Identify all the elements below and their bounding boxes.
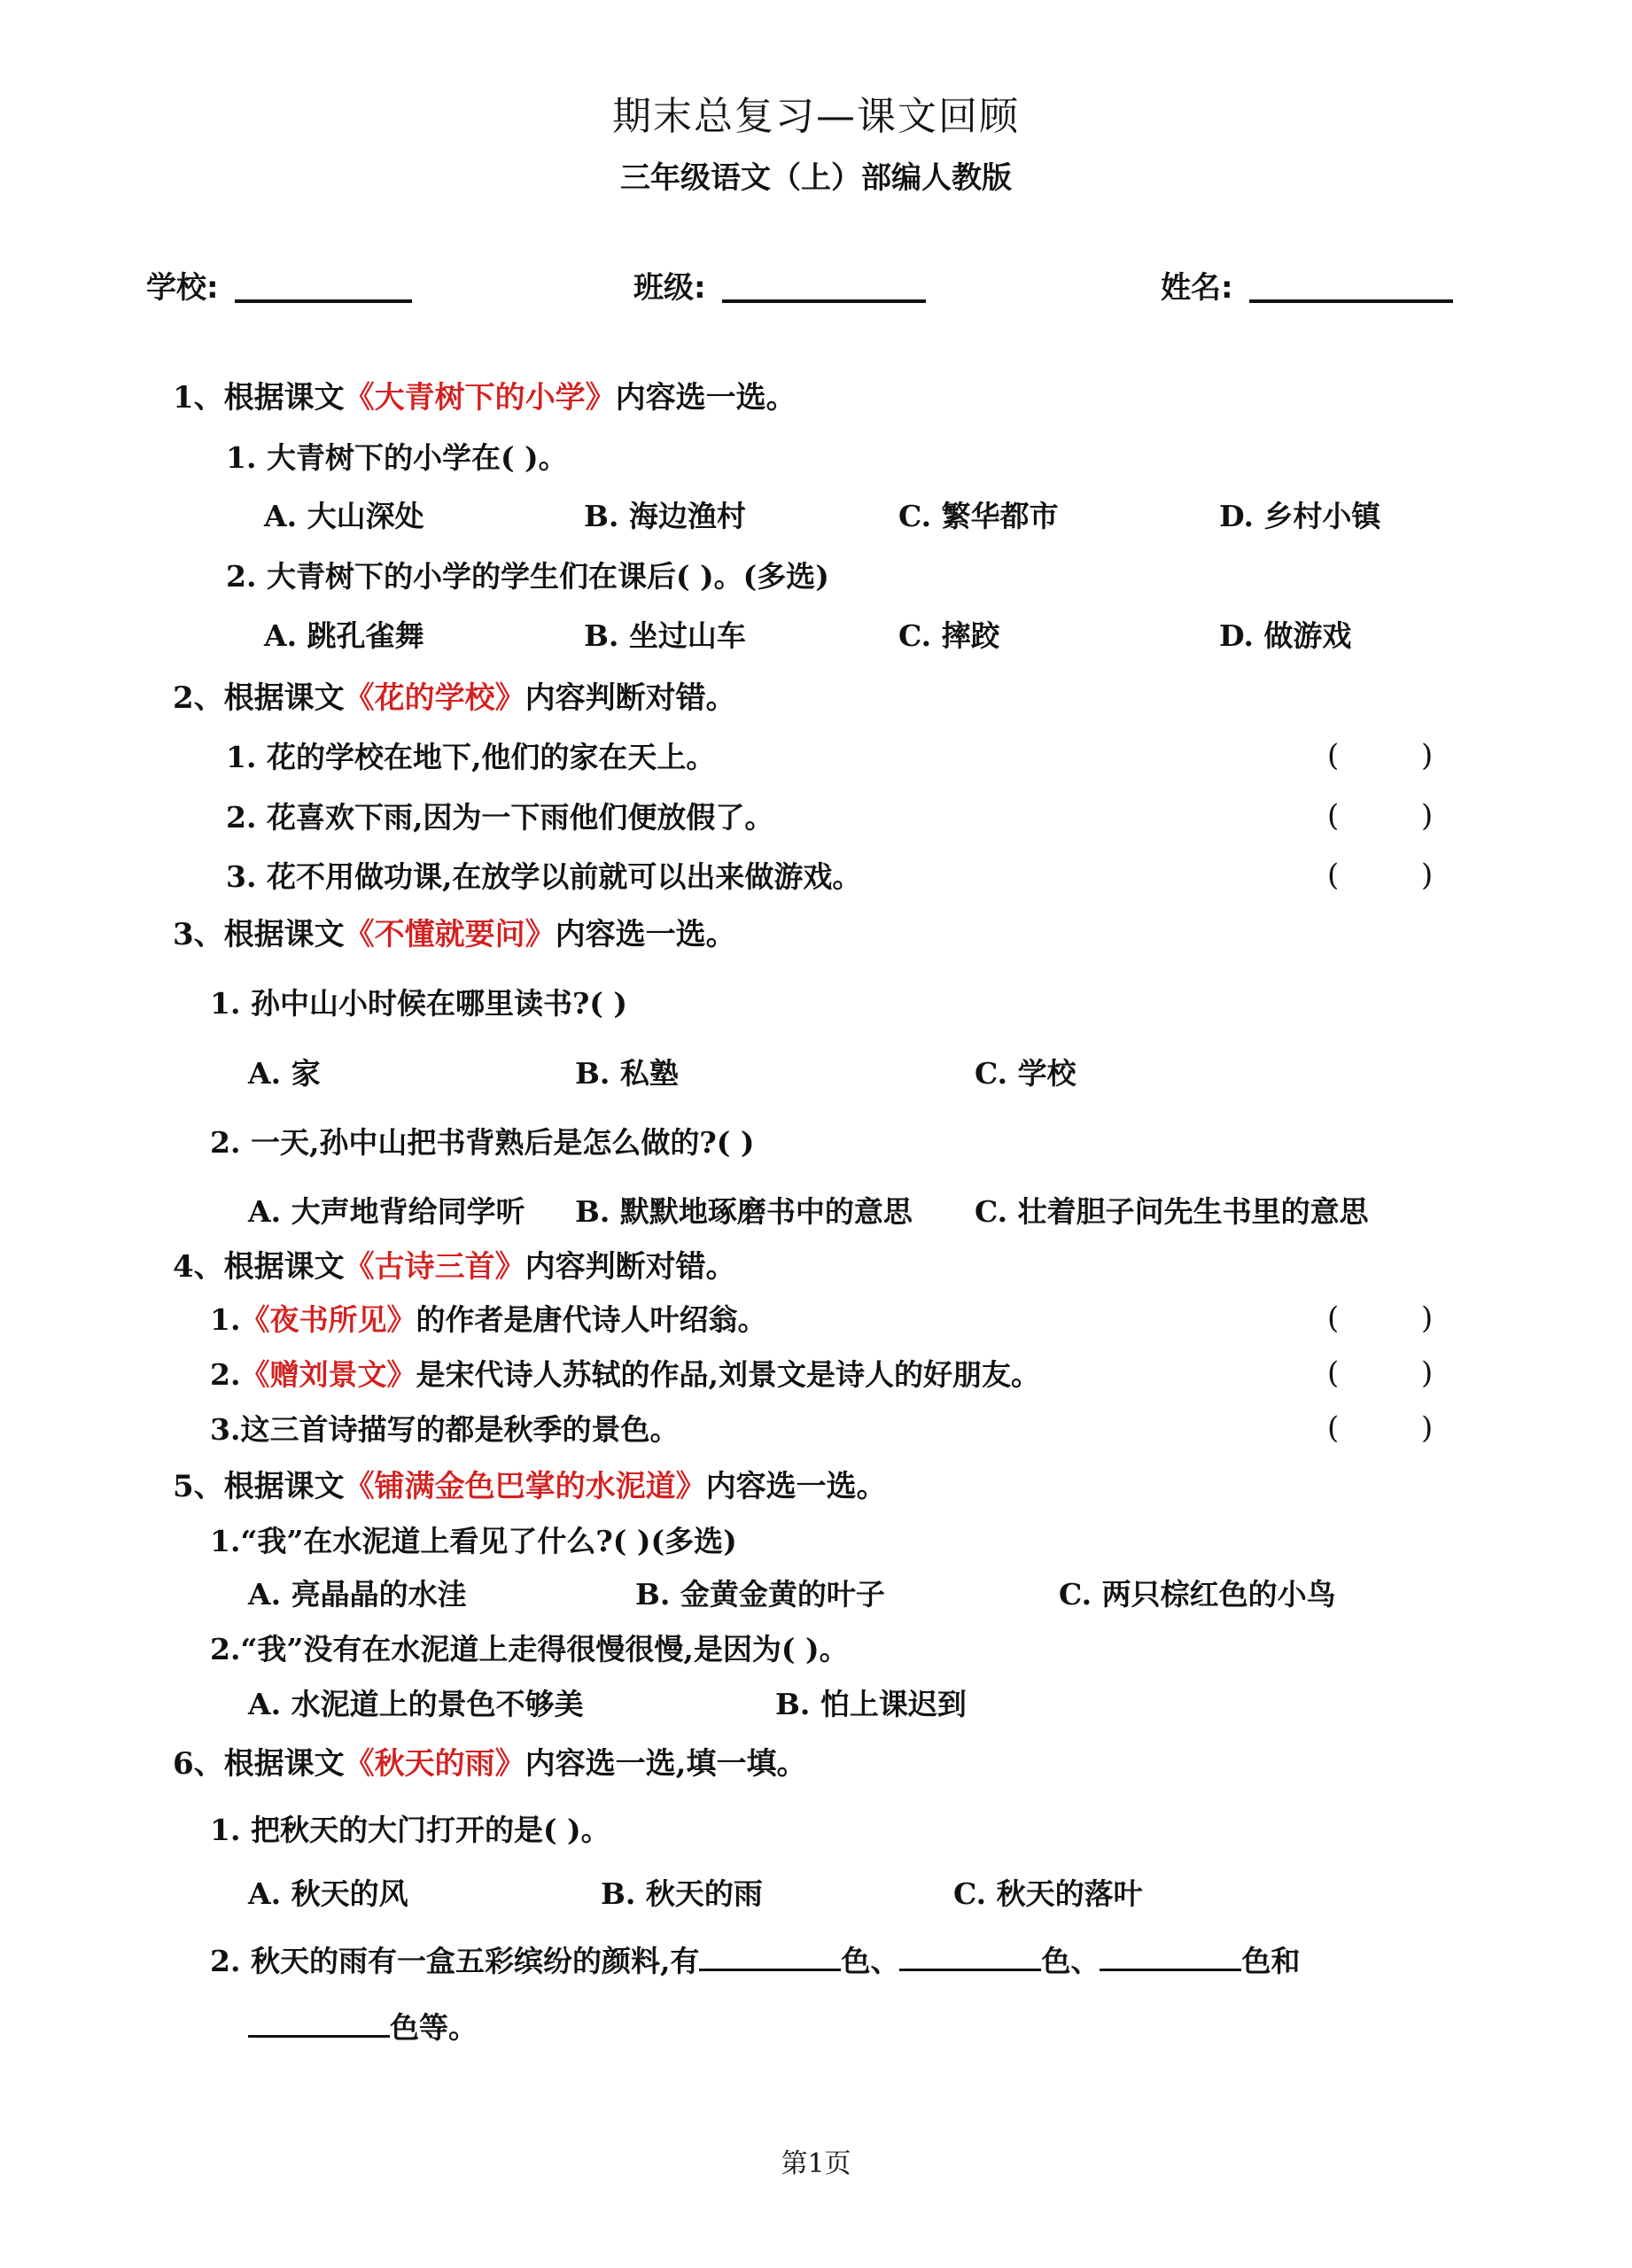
answer-paren-close[interactable]: ) (1421, 1358, 1433, 1388)
section-prefix: 根据课文 (224, 1746, 345, 1782)
answer-paren-close[interactable]: ) (1421, 860, 1433, 890)
item-text: 的作者是唐代诗人叶绍翁。 (416, 1302, 766, 1337)
item-number: 3. (210, 1412, 240, 1447)
poem-title: 《赠刘景文》 (240, 1357, 416, 1392)
answer-paren-close[interactable]: ) (1421, 1413, 1433, 1443)
option-b[interactable]: B. 秋天的雨 (601, 1879, 763, 1908)
section-4-heading: 4、根据课文《古诗三首》内容判断对错。 (173, 1252, 736, 1282)
question-text: 2. 一天,孙中山把书背熟后是怎么做的?( ) (210, 1128, 754, 1157)
fill-suffix: 色、 (841, 1944, 899, 1978)
fill-suffix: 色和 (1241, 1944, 1300, 1978)
option-a[interactable]: A. 大声地背给同学听 (248, 1197, 525, 1226)
section-instruction: 内容选一选。 (706, 1469, 887, 1504)
option-c[interactable]: C. 壮着胆子问先生书里的意思 (975, 1197, 1369, 1226)
page-subtitle: 三年级语文（上）部编人教版 (0, 163, 1632, 193)
name-label: 姓名: (1161, 273, 1233, 303)
class-field: 班级: (633, 273, 926, 303)
lesson-title: 《秋天的雨》 (345, 1746, 525, 1782)
section-prefix: 根据课文 (224, 680, 345, 716)
section-number: 6、 (173, 1746, 224, 1782)
lesson-title: 《铺满金色巴掌的水泥道》 (345, 1469, 706, 1504)
lesson-title: 《古诗三首》 (345, 1249, 525, 1285)
fill-in-question: 2. 秋天的雨有一盒五彩缤纷的颜料,有色、色、色和 (210, 1944, 1300, 1976)
question-text: 1. 大青树下的小学在( )。 (226, 443, 568, 472)
section-prefix: 根据课文 (224, 380, 345, 416)
option-a[interactable]: A. 水泥道上的景色不够美 (248, 1689, 584, 1719)
answer-paren-open[interactable]: ( (1327, 1413, 1339, 1443)
section-number: 1、 (173, 380, 224, 416)
poem-title: 《夜书所见》 (240, 1302, 416, 1337)
judge-item: 3.这三首诗描写的都是秋季的景色。 (210, 1415, 679, 1444)
fill-blank-1[interactable] (699, 1944, 841, 1971)
option-c[interactable]: C. 繁华都市 (898, 501, 1059, 531)
lesson-title: 《花的学校》 (345, 680, 525, 716)
judge-item: 2.《赠刘景文》是宋代诗人苏轼的作品,刘景文是诗人的好朋友。 (210, 1360, 1040, 1389)
option-b[interactable]: B. 坐过山车 (584, 621, 746, 650)
section-number: 2、 (173, 680, 224, 716)
option-b[interactable]: B. 金黄金黄的叶子 (635, 1580, 885, 1609)
fill-blank-3[interactable] (1100, 1944, 1241, 1971)
option-a[interactable]: A. 跳孔雀舞 (264, 621, 424, 650)
answer-paren-close[interactable]: ) (1421, 801, 1433, 831)
answer-paren-close[interactable]: ) (1421, 1303, 1433, 1333)
section-number: 5、 (173, 1469, 224, 1504)
answer-paren-open[interactable]: ( (1327, 860, 1339, 890)
option-b[interactable]: B. 默默地琢磨书中的意思 (575, 1197, 913, 1226)
option-d[interactable]: D. 乡村小镇 (1219, 501, 1380, 531)
item-text: 这三首诗描写的都是秋季的景色。 (240, 1412, 679, 1447)
section-number: 4、 (173, 1249, 224, 1285)
option-c[interactable]: C. 摔跤 (898, 621, 1000, 650)
class-label: 班级: (633, 273, 706, 303)
class-blank[interactable] (722, 273, 926, 303)
option-b[interactable]: B. 海边渔村 (584, 501, 746, 531)
judge-item: 3. 花不用做功课,在放学以前就可以出来做游戏。 (226, 862, 861, 891)
question-text: 1. 把秋天的大门打开的是( )。 (210, 1815, 610, 1845)
question-text: 1.“我”在水泥道上看见了什么?( )(多选) (210, 1526, 737, 1556)
option-c[interactable]: C. 学校 (975, 1059, 1076, 1088)
section-2-heading: 2、根据课文《花的学校》内容判断对错。 (173, 683, 736, 713)
school-field: 学校: (146, 273, 412, 303)
judge-item: 2. 花喜欢下雨,因为一下雨他们便放假了。 (226, 803, 773, 832)
section-prefix: 根据课文 (224, 1249, 345, 1285)
answer-paren-close[interactable]: ) (1421, 741, 1433, 771)
judge-item: 1.《夜书所见》的作者是唐代诗人叶绍翁。 (210, 1305, 766, 1334)
fill-suffix: 色、 (1041, 1944, 1100, 1978)
fill-in-continuation: 色等。 (248, 2010, 478, 2042)
option-b[interactable]: B. 怕上课迟到 (775, 1689, 967, 1719)
option-a[interactable]: A. 家 (248, 1059, 321, 1088)
option-c[interactable]: C. 秋天的落叶 (953, 1879, 1143, 1908)
question-text: 1. 孙中山小时候在哪里读书?( ) (210, 989, 627, 1018)
section-number: 3、 (173, 917, 224, 952)
school-label: 学校: (146, 273, 219, 303)
answer-paren-open[interactable]: ( (1327, 1358, 1339, 1388)
answer-paren-open[interactable]: ( (1327, 741, 1339, 771)
fill-prompt: 2. 秋天的雨有一盒五彩缤纷的颜料,有 (210, 1944, 699, 1978)
page-number: 第1页 (0, 2151, 1632, 2178)
fill-suffix: 色等。 (390, 2010, 478, 2045)
section-instruction: 内容选一选。 (616, 380, 797, 416)
name-blank[interactable] (1249, 273, 1453, 303)
section-prefix: 根据课文 (224, 917, 345, 952)
page-title: 期末总复习—课文回顾 (0, 97, 1632, 136)
option-d[interactable]: D. 做游戏 (1219, 621, 1351, 650)
school-blank[interactable] (235, 273, 412, 303)
option-c[interactable]: C. 两只棕红色的小鸟 (1059, 1580, 1336, 1609)
section-3-heading: 3、根据课文《不懂就要问》内容选一选。 (173, 920, 736, 950)
name-field: 姓名: (1161, 273, 1453, 303)
section-prefix: 根据课文 (224, 1469, 345, 1504)
section-instruction: 内容选一选,填一填。 (525, 1746, 807, 1782)
option-a[interactable]: A. 秋天的风 (248, 1879, 408, 1908)
section-instruction: 内容选一选。 (556, 917, 736, 952)
section-instruction: 内容判断对错。 (525, 680, 736, 716)
question-text: 2. 大青树下的小学的学生们在课后( )。(多选) (226, 562, 829, 591)
item-number: 2. (210, 1357, 240, 1392)
section-instruction: 内容判断对错。 (525, 1249, 736, 1285)
fill-blank-2[interactable] (899, 1944, 1041, 1971)
lesson-title: 《大青树下的小学》 (345, 380, 616, 416)
item-text: 是宋代诗人苏轼的作品,刘景文是诗人的好朋友。 (416, 1357, 1040, 1392)
option-a[interactable]: A. 大山深处 (264, 501, 424, 531)
judge-item: 1. 花的学校在地下,他们的家在天上。 (226, 742, 715, 772)
answer-paren-open[interactable]: ( (1327, 801, 1339, 831)
lesson-title: 《不懂就要问》 (345, 917, 556, 952)
section-6-heading: 6、根据课文《秋天的雨》内容选一选,填一填。 (173, 1749, 807, 1779)
answer-paren-open[interactable]: ( (1327, 1303, 1339, 1333)
item-number: 1. (210, 1302, 240, 1337)
section-1-heading: 1、根据课文《大青树下的小学》内容选一选。 (173, 383, 797, 413)
option-a[interactable]: A. 亮晶晶的水洼 (248, 1580, 467, 1609)
question-text: 2.“我”没有在水泥道上走得很慢很慢,是因为( )。 (210, 1635, 849, 1664)
fill-blank-4[interactable] (248, 2010, 390, 2038)
option-b[interactable]: B. 私塾 (575, 1059, 679, 1088)
section-5-heading: 5、根据课文《铺满金色巴掌的水泥道》内容选一选。 (173, 1472, 887, 1502)
